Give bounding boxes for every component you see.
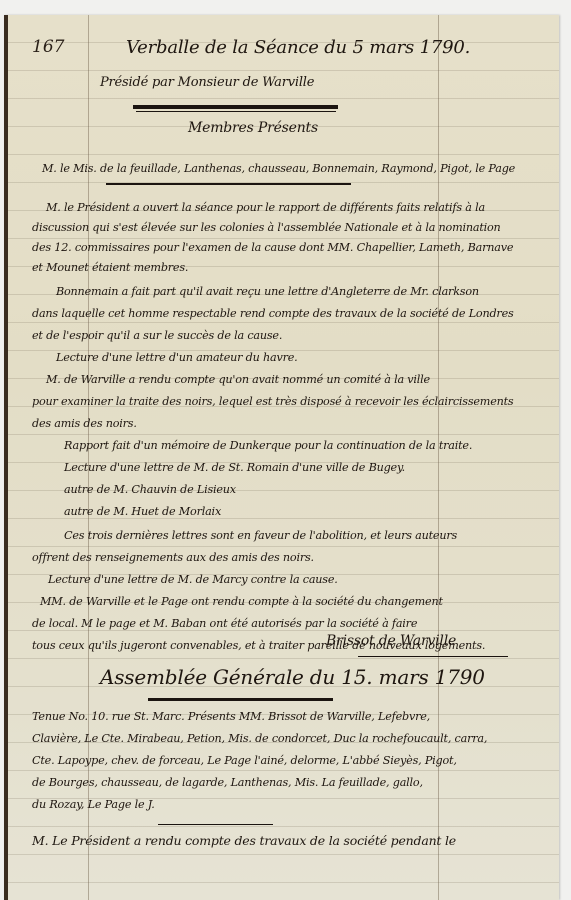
paragraph-line: autre de M. Chauvin de Lisieux bbox=[64, 483, 236, 496]
paragraph-line: offrent des renseignements aux des amis … bbox=[32, 551, 314, 564]
heading-rule-thin bbox=[136, 111, 336, 112]
signature: Brissot de Warville bbox=[326, 633, 456, 649]
paragraph-line: dans laquelle cet homme respectable rend… bbox=[32, 307, 514, 320]
paragraph-line: de local. M le page et M. Baban ont été … bbox=[32, 617, 417, 630]
heading-rule bbox=[148, 698, 333, 701]
members-heading: Membres Présents bbox=[188, 120, 318, 136]
paragraph-line: Bonnemain a fait part qu'il avait reçu u… bbox=[56, 285, 479, 298]
paragraph-line: et Mounet étaient membres. bbox=[32, 261, 188, 274]
paragraph-line: Lecture d'une lettre d'un amateur du hav… bbox=[56, 351, 298, 364]
paragraph-line: Ces trois dernières lettres sont en fave… bbox=[64, 529, 457, 542]
attendance-line: Tenue No. 10. rue St. Marc. Présents MM.… bbox=[32, 710, 430, 723]
paragraph-line: M. de Warville a rendu compte qu'on avai… bbox=[46, 373, 430, 386]
signature-underline bbox=[358, 656, 508, 657]
page-number: 167 bbox=[32, 37, 64, 57]
paragraph-line: Lecture d'une lettre de M. de St. Romain… bbox=[64, 461, 405, 474]
presided-by: Présidé par Monsieur de Warville bbox=[100, 75, 314, 90]
attendance-line: Cte. Lapoype, chev. de forceau, Le Page … bbox=[32, 754, 457, 767]
paragraph-line: Rapport fait d'un mémoire de Dunkerque p… bbox=[64, 439, 472, 452]
paragraph-line: MM. de Warville et le Page ont rendu com… bbox=[40, 595, 443, 608]
margin-line-right bbox=[438, 15, 439, 900]
paragraph-line: et de l'espoir qu'il a sur le succès de … bbox=[32, 329, 282, 342]
heading-rule bbox=[133, 105, 338, 109]
margin-line bbox=[88, 15, 89, 900]
paragraph-line: pour examiner la traite des noirs, leque… bbox=[32, 395, 513, 408]
paragraph-line: Lecture d'une lettre de M. de Marcy cont… bbox=[48, 573, 338, 586]
paragraph-line: M. le Président a ouvert la séance pour … bbox=[46, 201, 485, 214]
session-title: Assemblée Générale du 15. mars 1790 bbox=[100, 665, 485, 689]
attendance-line: du Rozay, Le Page le J. bbox=[32, 798, 155, 811]
paragraph-line: des 12. commissaires pour l'examen de la… bbox=[32, 241, 513, 254]
attendance-line: de Bourges, chausseau, de lagarde, Lanth… bbox=[32, 776, 423, 789]
opening-line: M. Le Président a rendu compte des trava… bbox=[32, 833, 456, 848]
paragraph-line: autre de M. Huet de Morlaix bbox=[64, 505, 221, 518]
paragraph-line: des amis des noirs. bbox=[32, 417, 137, 430]
paragraph-line: discussion qui s'est élevée sur les colo… bbox=[32, 221, 501, 234]
attendance-rule bbox=[158, 824, 273, 825]
session-title: Verballe de la Séance du 5 mars 1790. bbox=[126, 37, 470, 58]
members-list: M. le Mis. de la feuillade, Lanthenas, c… bbox=[42, 162, 515, 175]
attendance-line: Clavière, Le Cte. Mirabeau, Petion, Mis.… bbox=[32, 732, 487, 745]
manuscript-page: 167 Verballe de la Séance du 5 mars 1790… bbox=[4, 15, 559, 900]
members-rule bbox=[106, 183, 351, 185]
